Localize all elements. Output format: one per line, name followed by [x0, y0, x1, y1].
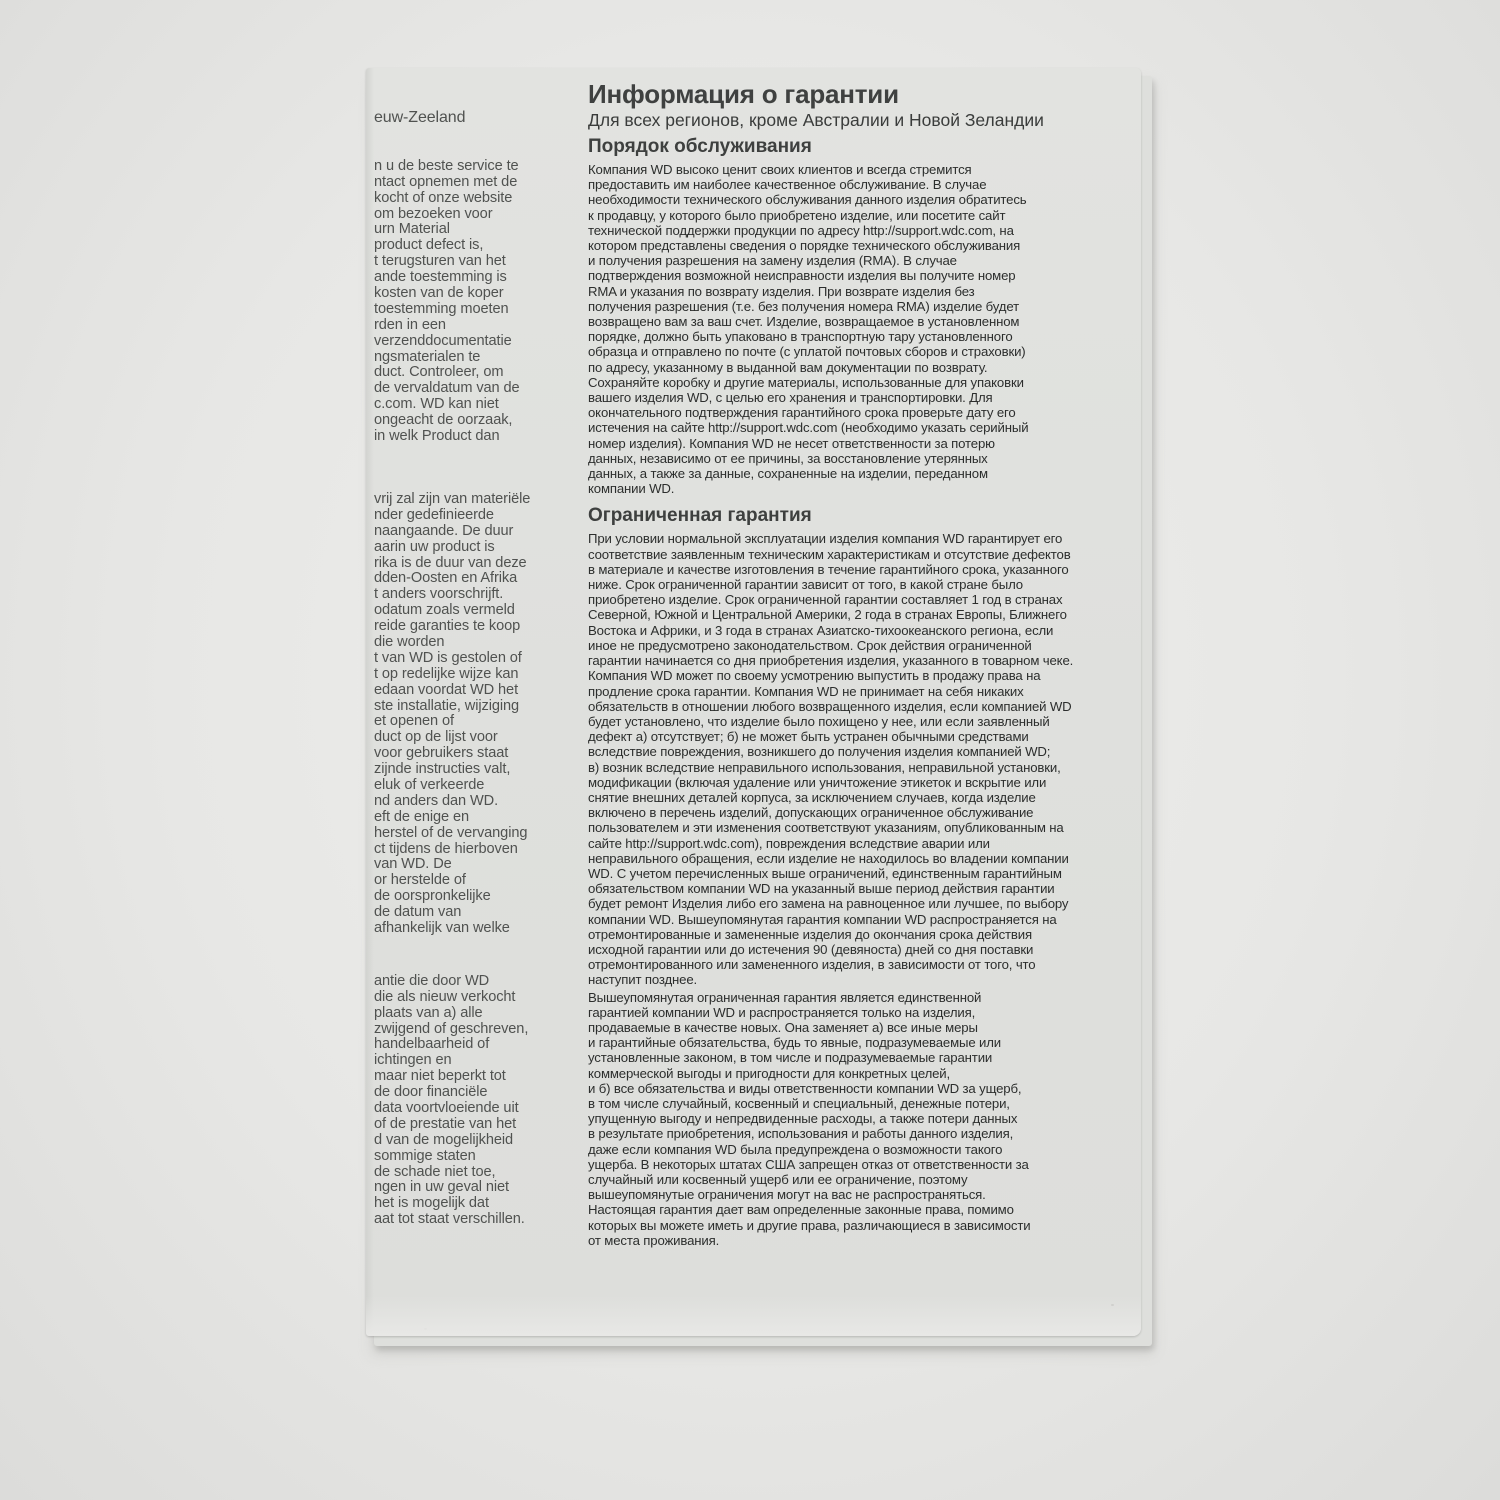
text-line: of de prestatie van het	[374, 1117, 546, 1133]
text-line: zwijgend of geschreven,	[374, 1022, 546, 1038]
text-line: de vervaldatum van de	[374, 381, 546, 397]
page-title: Информация о гарантии	[588, 78, 1108, 110]
text-line: dden-Oosten en Afrika	[374, 571, 546, 587]
text-line: herstel of de vervanging	[374, 826, 546, 842]
text-line: ngsmaterialen te	[374, 350, 546, 366]
text-line: verzenddocumentatie	[374, 334, 546, 350]
text-line: naangaande. De duur	[374, 524, 546, 540]
text-line: duct. Controleer, om	[374, 365, 546, 381]
text-line: de oorspronkelijke	[374, 889, 546, 905]
text-line: maar niet beperkt tot	[374, 1069, 546, 1085]
text-line: nder gedefinieerde	[374, 508, 546, 524]
text-line: or herstelde of	[374, 873, 546, 889]
text-line: kocht of onze website	[374, 191, 546, 207]
text-line: handelbaarheid of	[374, 1037, 546, 1053]
text-line: reide garanties te koop	[374, 619, 546, 635]
text-line: antie die door WD	[374, 974, 546, 990]
service-paragraph: Компания WD высоко ценит своих клиентов …	[588, 162, 1108, 496]
text-line: die als nieuw verkocht	[374, 990, 546, 1006]
text-line: afhankelijk van welke	[374, 921, 546, 937]
warranty-leaflet-page: euw-Zeeland n u de beste service te ntac…	[366, 68, 1141, 1336]
text-line: product defect is,	[374, 238, 546, 254]
text-line: ste installatie, wijziging	[374, 699, 546, 715]
text-line: in welk Product dan	[374, 429, 546, 445]
text-line: vrij zal zijn van materiële	[374, 492, 546, 508]
text-line: ntact opnemen met de	[374, 175, 546, 191]
text-line: odatum zoals vermeld	[374, 603, 546, 619]
text-line: aarin uw product is	[374, 540, 546, 556]
page-subtitle: Для всех регионов, кроме Австралии и Нов…	[588, 110, 1108, 130]
text-line: ct tijdens de hierboven	[374, 842, 546, 858]
text-line: nd anders dan WD.	[374, 794, 546, 810]
text-line: zijnde instructies valt,	[374, 762, 546, 778]
text-line: de schade niet toe,	[374, 1165, 546, 1181]
text-line: duct op de lijst voor	[374, 730, 546, 746]
text-line: aat tot staat verschillen.	[374, 1212, 546, 1228]
text-line: t terugsturen van het	[374, 254, 546, 270]
text-line: n u de beste service te	[374, 159, 546, 175]
dutch-column-cropped: euw-Zeeland n u de beste service te ntac…	[374, 110, 546, 1228]
section-heading-service: Порядок обслуживания	[588, 136, 1108, 158]
limited-warranty-paragraph: При условии нормальной эксплуатации изде…	[588, 531, 1108, 987]
text-line: plaats van a) alle	[374, 1006, 546, 1022]
text-line: die worden	[374, 635, 546, 651]
paper-scuff	[1111, 1304, 1114, 1306]
text-line: sommige staten	[374, 1149, 546, 1165]
text-line: ichtingen en	[374, 1053, 546, 1069]
region-header: euw-Zeeland	[374, 110, 546, 126]
spacer	[374, 445, 546, 492]
text-line: d van de mogelijkheid	[374, 1133, 546, 1149]
russian-warranty-column: Информация о гарантии Для всех регионов,…	[588, 78, 1108, 1248]
section-heading-limited-warranty: Ограниченная гарантия	[588, 505, 1108, 527]
text-line: om bezoeken voor	[374, 207, 546, 223]
spacer	[374, 937, 546, 974]
text-line: rika is de duur van deze	[374, 556, 546, 572]
paper-scuff	[424, 1328, 427, 1330]
dutch-block-service: n u de beste service te ntact opnemen me…	[374, 159, 546, 445]
text-line: et openen of	[374, 714, 546, 730]
text-line: urn Material	[374, 222, 546, 238]
text-line: t anders voorschrijft.	[374, 587, 546, 603]
disclaimer-paragraph: Вышеупомянутая ограниченная гарантия явл…	[588, 990, 1108, 1248]
text-line: toestemming moeten	[374, 302, 546, 318]
text-line: voor gebruikers staat	[374, 746, 546, 762]
text-line: c.com. WD kan niet	[374, 397, 546, 413]
text-line: de datum van	[374, 905, 546, 921]
dutch-block-warranty: vrij zal zijn van materiële nder gedefin…	[374, 492, 546, 937]
text-line: ongeacht de oorzaak,	[374, 413, 546, 429]
text-line: kosten van de koper	[374, 286, 546, 302]
text-line: edaan voordat WD het	[374, 683, 546, 699]
text-line: ande toestemming is	[374, 270, 546, 286]
text-line: de door financiële	[374, 1085, 546, 1101]
text-line: ngen in uw geval niet	[374, 1180, 546, 1196]
text-line: het is mogelijk dat	[374, 1196, 546, 1212]
text-line: data voortvloeiende uit	[374, 1101, 546, 1117]
text-line: rden in een	[374, 318, 546, 334]
text-line: eluk of verkeerde	[374, 778, 546, 794]
text-line: van WD. De	[374, 857, 546, 873]
text-line: eft de enige en	[374, 810, 546, 826]
text-line: t van WD is gestolen of	[374, 651, 546, 667]
dutch-block-disclaimer: antie die door WD die als nieuw verkocht…	[374, 974, 546, 1228]
text-line: t op redelijke wijze kan	[374, 667, 546, 683]
